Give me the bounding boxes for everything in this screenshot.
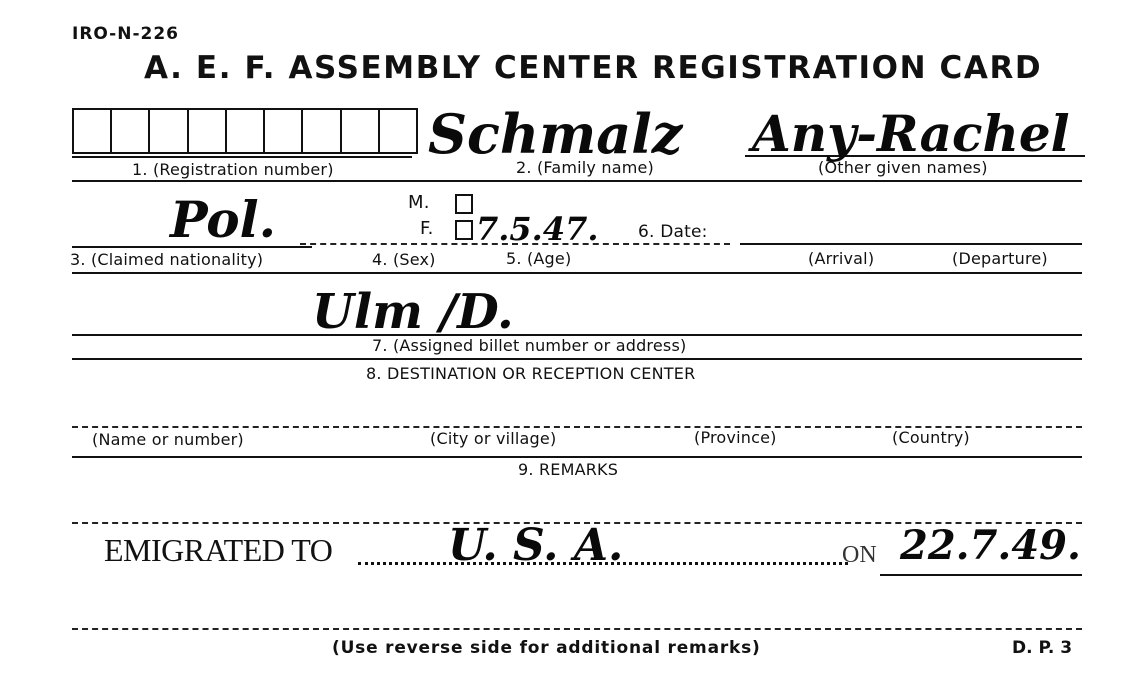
footer-code: D. P. 3 (1012, 638, 1072, 658)
billet-label: 7. (Assigned billet number or address) (372, 336, 686, 355)
billet-address-value: Ulm /D. (312, 284, 514, 340)
remarks-heading: 9. REMARKS (518, 460, 618, 479)
country-label: (Country) (892, 428, 970, 447)
family-name-label: 2. (Family name) (516, 158, 654, 177)
registration-digit-cell (342, 110, 380, 152)
remarks-bottom-rule (72, 628, 1082, 630)
form-code: IRO-N-226 (72, 24, 179, 44)
emigrated-destination-value: U. S. A. (448, 520, 623, 571)
sex-f-checkbox[interactable] (455, 220, 473, 240)
registration-digit-cell (189, 110, 227, 152)
sex-m-label: M. (408, 192, 430, 213)
sex-f-label: F. (420, 218, 434, 239)
age-label: 5. (Age) (506, 249, 571, 268)
sex-m-checkbox[interactable] (455, 194, 473, 214)
other-given-names-value: Any-Rachel (752, 104, 1070, 163)
registration-digit-cell (265, 110, 303, 152)
registration-number-label: 1. (Registration number) (132, 160, 334, 179)
row2-bottom-rule (72, 272, 1082, 274)
city-or-village-label: (City or village) (430, 429, 556, 448)
departure-label: (Departure) (952, 249, 1048, 268)
registration-number-boxes (72, 108, 418, 154)
other-given-names-label: (Other given names) (818, 158, 988, 177)
row4-bottom-rule (72, 456, 1082, 458)
remarks-date-rule (880, 574, 1082, 576)
claimed-nationality-label: 3. (Claimed nationality) (70, 250, 263, 269)
province-label: (Province) (694, 428, 777, 447)
emigrated-stamp: EMIGRATED TO (104, 532, 332, 569)
registration-digit-cell (150, 110, 188, 152)
card-title: A. E. F. ASSEMBLY CENTER REGISTRATION CA… (144, 50, 1042, 86)
registration-digit-cell (74, 110, 112, 152)
row1-bottom-rule (72, 180, 1082, 182)
age-rule (300, 243, 730, 245)
family-name-value: Schmalz (428, 102, 682, 166)
on-stamp: ON (842, 542, 877, 569)
emigration-date-value: 22.7.49. (900, 522, 1081, 569)
name-or-number-label: (Name or number) (92, 430, 244, 449)
date-rule (740, 243, 1082, 245)
registration-digit-cell (380, 110, 416, 152)
sex-label: 4. (Sex) (372, 250, 436, 269)
row1-top-rule (72, 156, 412, 158)
registration-digit-cell (112, 110, 150, 152)
row3-bottom-rule (72, 358, 1082, 360)
date-label: 6. Date: (638, 222, 708, 242)
footer-note: (Use reverse side for additional remarks… (332, 638, 761, 658)
claimed-nationality-value: Pol. (170, 190, 276, 249)
arrival-label: (Arrival) (808, 249, 874, 268)
nationality-rule (72, 246, 312, 248)
destination-heading: 8. DESTINATION OR RECEPTION CENTER (366, 364, 695, 383)
registration-digit-cell (303, 110, 341, 152)
registration-digit-cell (227, 110, 265, 152)
